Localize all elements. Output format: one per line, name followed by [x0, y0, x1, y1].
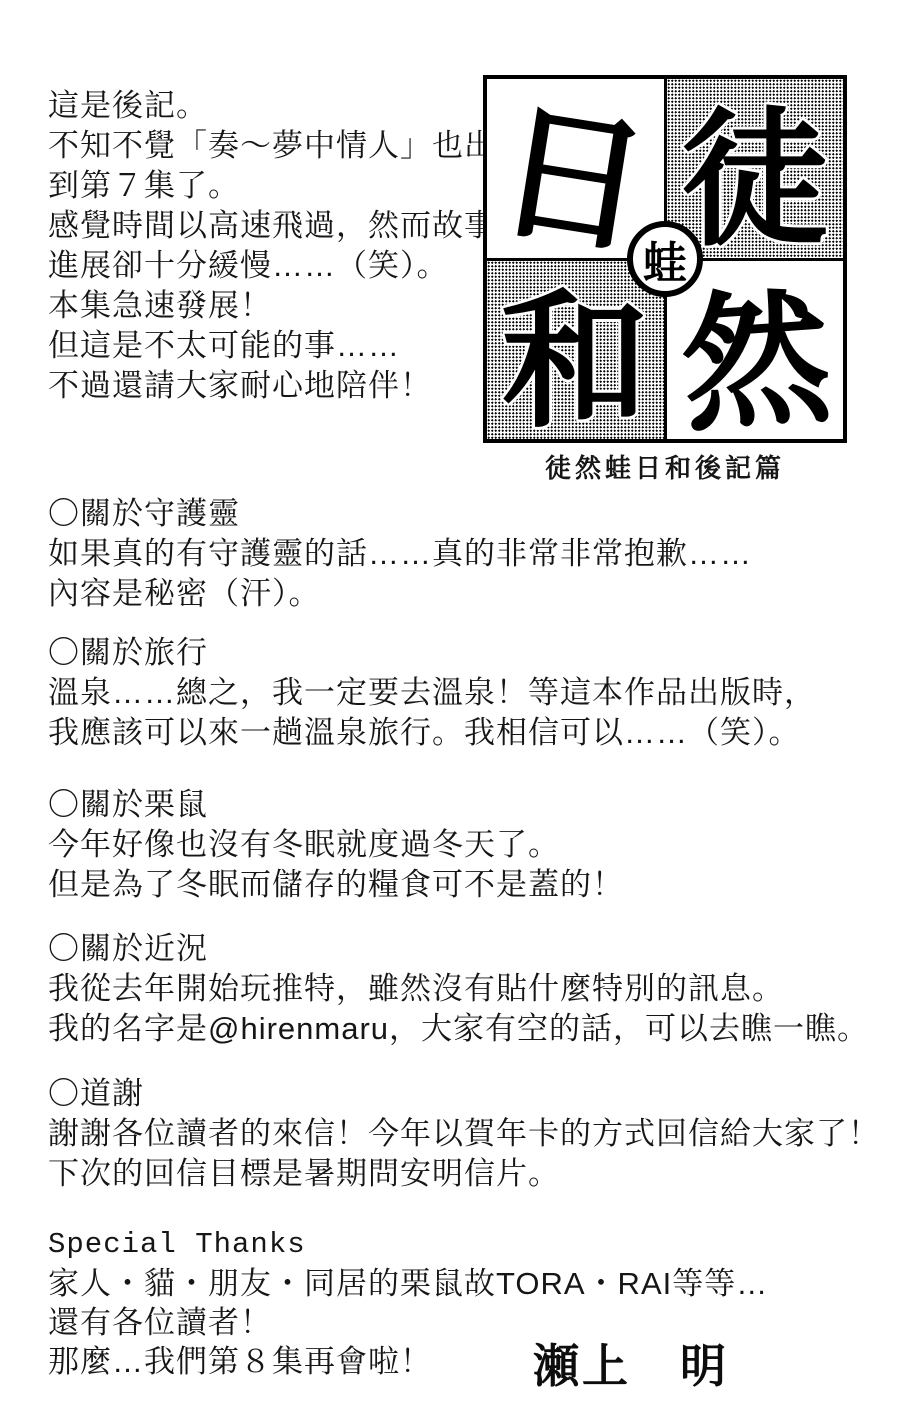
- logo-char: 然: [674, 261, 836, 440]
- section-guardian-spirit: 〇關於守護靈 如果真的有守護靈的話……真的非常非常抱歉…… 內容是秘密（汗）。: [48, 494, 752, 614]
- logo-caption: 徒然蛙日和後記篇: [483, 448, 847, 485]
- intro-line: 進展卻十分緩慢……（笑）。: [48, 246, 449, 286]
- afterword-page: 這是後記。 不知不覺「奏～夢中情人」也出 到第７集了。 感覺時間以高速飛過，然而…: [0, 0, 911, 1410]
- intro-line: 這是後記。: [48, 86, 208, 126]
- intro-line: 不過還請大家耐心地陪伴！: [48, 366, 432, 406]
- intro-line: 本集急速發展！: [48, 286, 272, 326]
- logo-char: 日: [487, 79, 664, 258]
- section-line: 溫泉……總之，我一定要去溫泉！等這本作品出版時，: [48, 673, 816, 713]
- section-heading: 〇關於守護靈: [48, 494, 752, 534]
- section-line: 我從去年開始玩推特，雖然沒有貼什麼特別的訊息。: [48, 969, 869, 1009]
- intro-line: 到第７集了。: [48, 166, 240, 206]
- section-line: 下次的回信目標是暑期問安明信片。: [48, 1154, 880, 1194]
- thanks-line: 家人・貓・朋友・同居的栗鼠故TORA・RAI等等…: [48, 1264, 768, 1303]
- series-logo: 日 徒 和 然 蛙: [483, 75, 847, 443]
- section-heading: 〇關於旅行: [48, 633, 816, 673]
- intro-line: 感覺時間以高速飛過，然而故事: [48, 206, 496, 246]
- section-gratitude: 〇道謝 謝謝各位讀者的來信！今年以賀年卡的方式回信給大家了！ 下次的回信目標是暑…: [48, 1074, 880, 1194]
- author-signature: 瀬上 明: [533, 1330, 729, 1396]
- logo-quadrant-zen: 然: [667, 261, 844, 440]
- section-chipmunk: 〇關於栗鼠 今年好像也沒有冬眠就度過冬天了。 但是為了冬眠而儲存的糧食可不是蓋的…: [48, 785, 624, 905]
- section-line: 我應該可以來一趟溫泉旅行。我相信可以……（笑）。: [48, 713, 816, 753]
- section-line: 謝謝各位讀者的來信！今年以賀年卡的方式回信給大家了！: [48, 1114, 880, 1154]
- logo-char: 和: [501, 261, 649, 440]
- section-line: 我的名字是@hirenmaru，大家有空的話，可以去瞧一瞧。: [48, 1009, 869, 1049]
- section-line: 今年好像也沒有冬眠就度過冬天了。: [48, 825, 624, 865]
- section-heading: 〇道謝: [48, 1074, 880, 1114]
- logo-quadrant-hi: 日: [487, 79, 664, 258]
- intro-line: 不知不覺「奏～夢中情人」也出: [48, 126, 496, 166]
- section-travel: 〇關於旅行 溫泉……總之，我一定要去溫泉！等這本作品出版時， 我應該可以來一趟溫…: [48, 633, 816, 753]
- section-recent-news: 〇關於近況 我從去年開始玩推特，雖然沒有貼什麼特別的訊息。 我的名字是@hire…: [48, 929, 869, 1049]
- logo-center-seal: 蛙: [627, 221, 703, 297]
- section-line: 但是為了冬眠而儲存的糧食可不是蓋的！: [48, 865, 624, 905]
- logo-quadrant-to: 徒: [667, 79, 844, 258]
- section-heading: 〇關於栗鼠: [48, 785, 624, 825]
- section-line: 內容是秘密（汗）。: [48, 574, 752, 614]
- intro-line: 但這是不太可能的事……: [48, 326, 400, 366]
- special-thanks-title: Special Thanks: [48, 1225, 768, 1264]
- section-line: 如果真的有守護靈的話……真的非常非常抱歉……: [48, 534, 752, 574]
- logo-char: 徒: [681, 79, 829, 258]
- section-heading: 〇關於近況: [48, 929, 869, 969]
- logo-quadrant-wa: 和: [487, 261, 664, 440]
